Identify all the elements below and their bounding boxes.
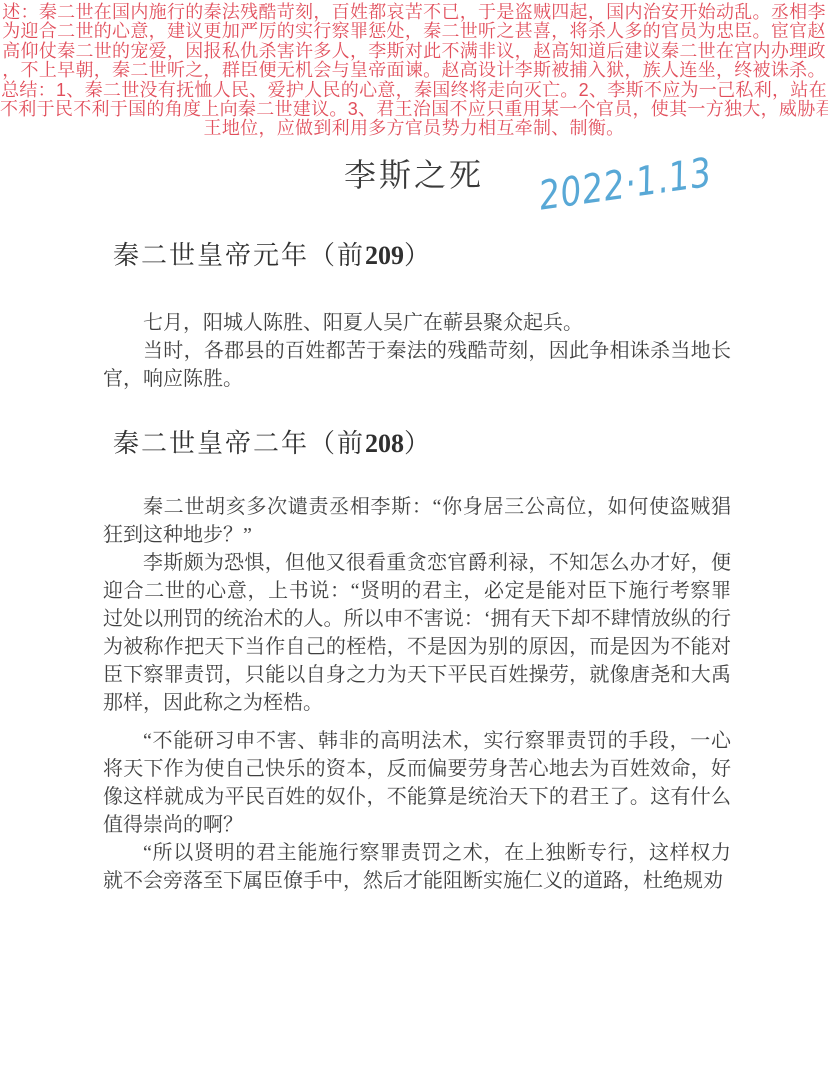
section-heading-year-208: 秦二世皇帝二年（前208） [113,429,731,459]
annotation-line-3: 高仰仗秦二世的宠爱，因报私仇杀害许多人，李斯对此不满非议，赵高知道后建议秦二世在… [0,42,828,61]
annotation-line-5: 总结：1、秦二世没有抚恤人民、爱护人民的心意，秦国终将走向灭亡。2、李斯不应为一… [0,81,828,100]
heading-close-paren: ） [404,241,432,270]
annotation-line-7: 王地位，应做到利用多方官员势力相互牵制、制衡。 [0,119,828,138]
paragraph: “不能研习申不害、韩非的高明法术，实行察罪责罚的手段，一心将天下作为使自己快乐的… [103,727,731,839]
heading-text: 秦二世皇帝二年（前 [113,429,365,458]
annotation-line-1: 述：秦二世在国内施行的秦法残酷苛刻，百姓都哀苦不已，于是盗贼四起，国内治安开始动… [0,3,828,22]
heading-year-number: 208 [365,429,404,458]
document-body: 秦二世皇帝元年（前209） 七月，阳城人陈胜、阳夏人吴广在蕲县聚众起兵。 当时，… [0,241,828,895]
annotation-block: 述：秦二世在国内施行的秦法残酷苛刻，百姓都哀苦不已，于是盗贼四起，国内治安开始动… [0,0,828,139]
annotation-line-4: ，不上早朝，秦二世听之，群臣便无机会与皇帝面谏。赵高设计李斯被捕入狱，族人连坐，… [0,61,828,80]
paragraph: 当时，各郡县的百姓都苦于秦法的残酷苛刻，因此争相诛杀当地长官，响应陈胜。 [103,337,731,393]
paragraph: 七月，阳城人陈胜、阳夏人吴广在蕲县聚众起兵。 [103,309,731,337]
document-page: 述：秦二世在国内施行的秦法残酷苛刻，百姓都哀苦不已，于是盗贼四起，国内治安开始动… [0,0,828,1074]
paragraph: 李斯颇为恐惧，但他又很看重贪恋官爵利禄，不知怎么办才好，便迎合二世的心意，上书说… [103,549,731,717]
heading-year-number: 209 [365,241,404,270]
annotation-line-6: 不利于民不利于国的角度上向秦二世建议。3、君王治国不应只重用某一个官员，使其一方… [0,100,828,119]
paragraph: “所以贤明的君主能施行察罪责罚之术，在上独断专行，这样权力就不会旁落至下属臣僚手… [103,839,731,895]
heading-text: 秦二世皇帝元年（前 [113,241,365,270]
paragraph: 秦二世胡亥多次谴责丞相李斯：“你身居三公高位，如何使盗贼猖狂到这种地步？” [103,493,731,549]
heading-close-paren: ） [404,429,432,458]
section-heading-year-209: 秦二世皇帝元年（前209） [113,241,731,271]
annotation-line-2: 为迎合二世的心意，建议更加严厉的实行察罪惩处，秦二世听之甚喜，将杀人多的官员为忠… [0,22,828,41]
